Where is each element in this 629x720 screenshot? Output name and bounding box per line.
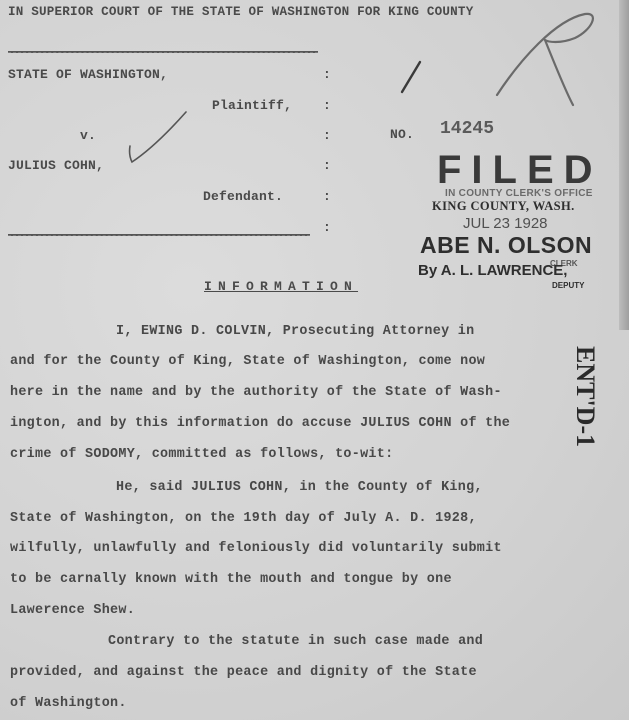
handwritten-tick-mark — [402, 62, 420, 92]
handwritten-check-mark — [130, 112, 186, 162]
handwritten-marks — [0, 0, 629, 720]
handwritten-r-mark — [497, 14, 593, 105]
